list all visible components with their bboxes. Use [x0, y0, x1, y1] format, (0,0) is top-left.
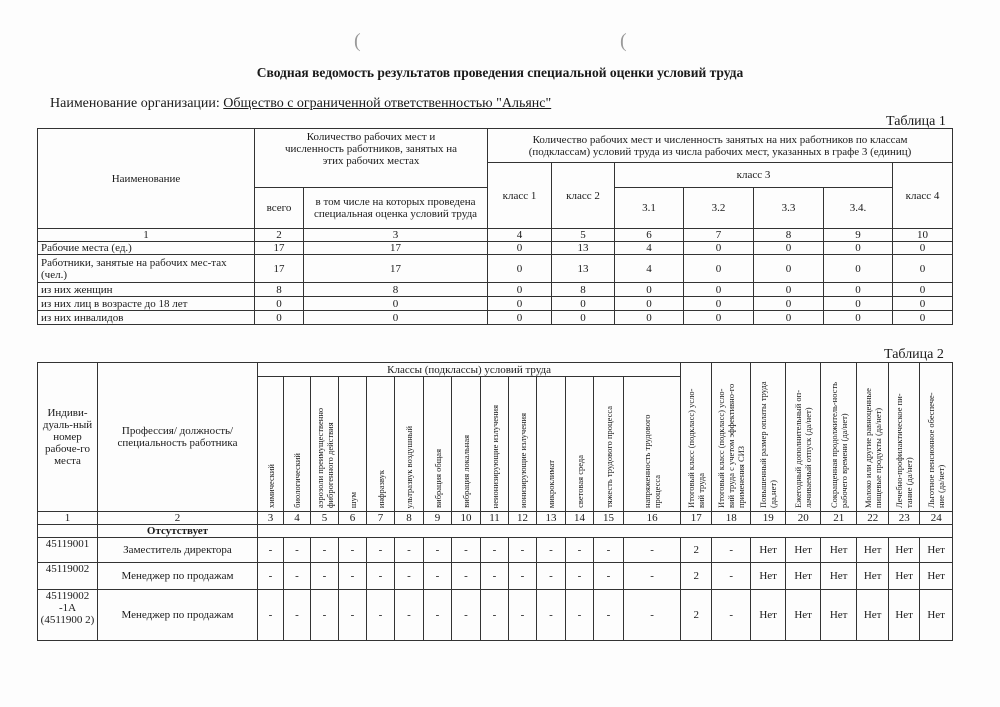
t1-cell: 0	[304, 297, 488, 311]
t1-cell: 0	[893, 242, 953, 255]
t1-cell: 0	[615, 311, 684, 325]
t1-header-name: Наименование	[38, 129, 255, 229]
col-number: 8	[395, 512, 424, 525]
t1-header-3-4: 3.4.	[824, 188, 893, 229]
t1-cell: 0	[754, 242, 824, 255]
t2-header-factor: вибрация общая	[424, 377, 452, 512]
t2-cell: -	[452, 590, 481, 641]
t2-cell: -	[284, 538, 311, 563]
t1-cell: 0	[754, 297, 824, 311]
t1-cell: 0	[255, 297, 304, 311]
t1-cell: 13	[552, 242, 615, 255]
t2-header-factor: инфразвук	[367, 377, 395, 512]
t1-cell: 0	[754, 283, 824, 297]
t2-cell: -	[339, 538, 367, 563]
t2-header-factor: ионизирующие излучения	[509, 377, 537, 512]
t2-cell: -	[594, 590, 624, 641]
t2-cell: -	[367, 590, 395, 641]
t2-cell: Нет	[821, 538, 857, 563]
col-number: 7	[684, 229, 754, 242]
t1-row-label: из них лиц в возрасте до 18 лет	[38, 297, 255, 311]
col-number: 6	[615, 229, 684, 242]
t2-cell: -	[284, 563, 311, 590]
t1-header-group-a: Количество рабочих мест и численность ра…	[255, 129, 488, 188]
t2-cell: -	[284, 590, 311, 641]
t2-cell: -	[311, 538, 339, 563]
t1-header-group-b: Количество рабочих мест и численность за…	[488, 129, 953, 163]
col-number: 1	[38, 229, 255, 242]
t2-cell: -	[537, 538, 566, 563]
t1-cell: 4	[615, 255, 684, 283]
t1-row-label: Работники, занятые на рабочих мес-тах (ч…	[38, 255, 255, 283]
col-number: 8	[754, 229, 824, 242]
t1-cell: 0	[255, 311, 304, 325]
t1-cell: 0	[684, 283, 754, 297]
t2-cell: Нет	[786, 590, 821, 641]
t1-row-label: из них инвалидов	[38, 311, 255, 325]
t2-cell: -	[594, 538, 624, 563]
t2-cell: -	[509, 563, 537, 590]
t2-cell: 2	[681, 563, 712, 590]
t2-cell: -	[566, 563, 594, 590]
col-number: 22	[857, 512, 889, 525]
t2-header-summary-7: Льготное пенсионное обеспече-ние (да/нет…	[920, 363, 953, 512]
t2-cell: Нет	[857, 563, 889, 590]
t2-cell: -	[712, 590, 751, 641]
t1-cell: 8	[552, 283, 615, 297]
t1-cell: 0	[684, 297, 754, 311]
t2-cell: Нет	[786, 538, 821, 563]
t1-header-class1: класс 1	[488, 163, 552, 229]
t2-cell: Нет	[889, 590, 920, 641]
col-number: 9	[824, 229, 893, 242]
t2-section-rest	[258, 525, 953, 538]
t2-cell: -	[258, 538, 284, 563]
t2-cell: -	[509, 590, 537, 641]
t2-header-factor: шум	[339, 377, 367, 512]
col-number: 1	[38, 512, 98, 525]
t2-header-id: Индиви-дуаль-ный номер рабоче-го места	[38, 363, 98, 512]
t1-cell: 0	[488, 297, 552, 311]
col-number: 13	[537, 512, 566, 525]
t2-header-profession: Профессия/ должность/ специальность рабо…	[98, 363, 258, 512]
t2-header-summary-4: Сокращенная продолжитель-ность рабочего …	[821, 363, 857, 512]
t1-cell: 17	[304, 242, 488, 255]
col-number: 6	[339, 512, 367, 525]
t2-section-label: Отсутствует	[98, 525, 258, 538]
t2-cell: -	[395, 563, 424, 590]
t2-header-factor: напряженность трудового процесса	[624, 377, 681, 512]
t2-cell: -	[311, 563, 339, 590]
t2-workplace-id: 45119002 -1А (4511900 2)	[38, 590, 98, 641]
t1-cell: 4	[615, 242, 684, 255]
col-number: 7	[367, 512, 395, 525]
t2-cell: Нет	[889, 563, 920, 590]
t1-cell: 0	[552, 297, 615, 311]
t2-cell: -	[481, 538, 509, 563]
t2-header-summary-5: Молоко или другие равноценные пищевые пр…	[857, 363, 889, 512]
t1-row: Работники, занятые на рабочих мес-тах (ч…	[38, 255, 953, 283]
t2-header-summary-1: Итоговый класс (подкласс) усло-вий труда…	[712, 363, 751, 512]
col-number: 21	[821, 512, 857, 525]
t1-cell: 0	[754, 311, 824, 325]
t1-cell: 0	[824, 283, 893, 297]
t2-cell: -	[424, 563, 452, 590]
t2-cell: Нет	[751, 563, 786, 590]
t2-header-factor: биологический	[284, 377, 311, 512]
t1-cell: 13	[552, 255, 615, 283]
col-number: 24	[920, 512, 953, 525]
t2-cell: -	[367, 563, 395, 590]
scan-mark: (	[620, 30, 627, 53]
t1-cell: 0	[824, 297, 893, 311]
t1-cell: 0	[824, 242, 893, 255]
t1-cell: 0	[893, 297, 953, 311]
t2-cell: -	[566, 590, 594, 641]
col-number: 3	[304, 229, 488, 242]
t1-header-3-1: 3.1	[615, 188, 684, 229]
t2-cell: -	[712, 538, 751, 563]
t2-cell: -	[339, 563, 367, 590]
t2-cell: Нет	[857, 590, 889, 641]
t2-cell: -	[395, 538, 424, 563]
t2-header-classes-group: Классы (подклассы) условий труда	[258, 363, 681, 377]
t2-cell: Нет	[920, 563, 953, 590]
t1-cell: 0	[684, 255, 754, 283]
t2-header-factor: микроклимат	[537, 377, 566, 512]
t1-row: из них инвалидов000000000	[38, 311, 953, 325]
t1-cell: 8	[304, 283, 488, 297]
t2-cell: -	[452, 563, 481, 590]
col-number: 9	[424, 512, 452, 525]
t1-row-label: из них женщин	[38, 283, 255, 297]
t2-workplace-id: 45119001	[38, 538, 98, 563]
col-number: 12	[509, 512, 537, 525]
t1-row: из них женщин880800000	[38, 283, 953, 297]
t2-column-numbers: 123456789101112131415161718192021222324	[38, 512, 953, 525]
t2-header-factor: ультразвук воздушный	[395, 377, 424, 512]
t2-cell: -	[452, 538, 481, 563]
t2-cell: -	[537, 563, 566, 590]
t2-cell: -	[509, 538, 537, 563]
t2-header-factor: тяжесть трудового процесса	[594, 377, 624, 512]
t1-row: Рабочие места (ед.)171701340000	[38, 242, 953, 255]
col-number: 2	[98, 512, 258, 525]
t1-cell: 17	[255, 255, 304, 283]
t2-workplace-id: 45119002	[38, 563, 98, 590]
t2-cell: Нет	[821, 563, 857, 590]
t2-cell: -	[395, 590, 424, 641]
t1-cell: 0	[552, 311, 615, 325]
t2-cell: -	[537, 590, 566, 641]
t2-row: 45119002Менеджер по продажам------------…	[38, 563, 953, 590]
t1-header-3-3: 3.3	[754, 188, 824, 229]
t2-profession: Менеджер по продажам	[98, 563, 258, 590]
t1-cell: 0	[824, 255, 893, 283]
t2-row: 45119002 -1А (4511900 2)Менеджер по прод…	[38, 590, 953, 641]
t2-cell: -	[481, 590, 509, 641]
t2-cell: -	[566, 538, 594, 563]
t1-cell: 0	[488, 311, 552, 325]
t2-header-summary-2: Повышенный размер оплаты труда (да,нет)	[751, 363, 786, 512]
t1-row-label: Рабочие места (ед.)	[38, 242, 255, 255]
t1-column-numbers: 1 2 3 4 5 6 7 8 9 10	[38, 229, 953, 242]
t2-cell: -	[311, 590, 339, 641]
t2-cell: -	[624, 563, 681, 590]
t2-header-summary-3: Ежегодный дополнительный оп-лачиваемый о…	[786, 363, 821, 512]
t2-cell: -	[712, 563, 751, 590]
t2-cell: Нет	[920, 538, 953, 563]
col-number: 15	[594, 512, 624, 525]
t2-cell: -	[624, 590, 681, 641]
document-title: Сводная ведомость результатов проведения…	[0, 65, 1000, 81]
t1-header-3-2: 3.2	[684, 188, 754, 229]
t1-cell: 0	[684, 242, 754, 255]
t1-cell: 0	[893, 283, 953, 297]
t1-header-assessed: в том числе на которых проведена специал…	[304, 188, 488, 229]
t2-header-factor: химический	[258, 377, 284, 512]
col-number: 2	[255, 229, 304, 242]
t1-cell: 0	[893, 311, 953, 325]
t1-cell: 0	[684, 311, 754, 325]
col-number: 20	[786, 512, 821, 525]
table1: Наименование Количество рабочих мест и ч…	[37, 128, 953, 325]
col-number: 4	[284, 512, 311, 525]
table2-caption: Таблица 2	[884, 347, 944, 363]
organization-line: Наименование организации: Общество с огр…	[50, 96, 551, 112]
organization-label: Наименование организации:	[50, 96, 220, 111]
t2-cell: -	[258, 563, 284, 590]
t2-cell: 2	[681, 590, 712, 641]
t2-cell: Нет	[920, 590, 953, 641]
col-number: 17	[681, 512, 712, 525]
t1-cell: 0	[615, 283, 684, 297]
t1-cell: 0	[824, 311, 893, 325]
t2-cell: -	[339, 590, 367, 641]
t2-cell: -	[424, 538, 452, 563]
col-number: 23	[889, 512, 920, 525]
col-number: 3	[258, 512, 284, 525]
col-number: 4	[488, 229, 552, 242]
t2-cell: -	[424, 590, 452, 641]
t2-cell: -	[258, 590, 284, 641]
t2-header-factor: световая среда	[566, 377, 594, 512]
t2-header-summary-6: Лечебно-профилактическое пи-тание (да/не…	[889, 363, 920, 512]
t2-cell: -	[594, 563, 624, 590]
t2-cell: -	[624, 538, 681, 563]
t2-row: 45119001Заместитель директора-----------…	[38, 538, 953, 563]
t2-cell: Нет	[751, 590, 786, 641]
t1-cell: 8	[255, 283, 304, 297]
t2-cell: 2	[681, 538, 712, 563]
t1-cell: 0	[488, 242, 552, 255]
t2-header-summary-0: Итоговый класс (подкласс) усло-вий труда	[681, 363, 712, 512]
organization-name: Общество с ограниченной ответственностью…	[223, 96, 551, 111]
t2-header-factor: неионизирующие излучения	[481, 377, 509, 512]
col-number: 16	[624, 512, 681, 525]
t1-cell: 0	[304, 311, 488, 325]
t1-cell: 0	[754, 255, 824, 283]
t2-cell: Нет	[786, 563, 821, 590]
col-number: 18	[712, 512, 751, 525]
col-number: 11	[481, 512, 509, 525]
col-number: 10	[893, 229, 953, 242]
t2-cell: Нет	[751, 538, 786, 563]
col-number: 5	[311, 512, 339, 525]
t2-cell: -	[367, 538, 395, 563]
t1-row: из них лиц в возрасте до 18 лет000000000	[38, 297, 953, 311]
t1-header-class4: класс 4	[893, 163, 953, 229]
t1-header-class3: класс 3	[615, 163, 893, 188]
t1-cell: 0	[615, 297, 684, 311]
t2-profession: Заместитель директора	[98, 538, 258, 563]
col-number: 14	[566, 512, 594, 525]
t2-profession: Менеджер по продажам	[98, 590, 258, 641]
table2: Индиви-дуаль-ный номер рабоче-го места П…	[37, 362, 953, 641]
t2-cell: Нет	[857, 538, 889, 563]
t1-cell: 17	[255, 242, 304, 255]
t1-cell: 0	[893, 255, 953, 283]
col-number: 5	[552, 229, 615, 242]
t1-cell: 0	[488, 255, 552, 283]
t2-header-factor: вибрация локальная	[452, 377, 481, 512]
t2-section-empty	[38, 525, 98, 538]
t2-cell: Нет	[889, 538, 920, 563]
t1-cell: 17	[304, 255, 488, 283]
t1-header-class2: класс 2	[552, 163, 615, 229]
t1-header-total: всего	[255, 188, 304, 229]
t2-cell: -	[481, 563, 509, 590]
t2-cell: Нет	[821, 590, 857, 641]
col-number: 19	[751, 512, 786, 525]
t1-cell: 0	[488, 283, 552, 297]
scan-mark: (	[354, 30, 361, 53]
t2-header-factor: аэрозоли преимущественно фиброгенного де…	[311, 377, 339, 512]
col-number: 10	[452, 512, 481, 525]
